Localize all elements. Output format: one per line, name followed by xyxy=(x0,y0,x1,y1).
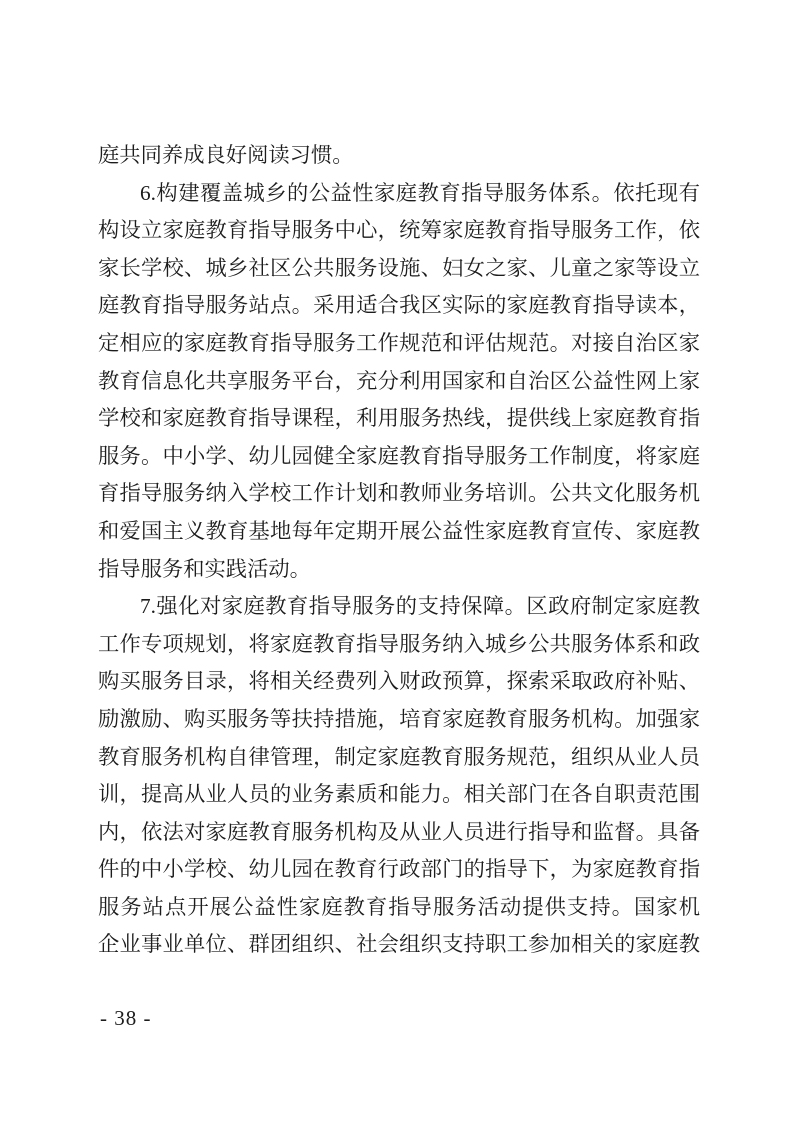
text-line: 工作专项规划，将家庭教育指导服务纳入城乡公共服务体系和政府 xyxy=(98,626,700,664)
text-line: 内，依法对家庭教育服务机构及从业人员进行指导和监督。具备条 xyxy=(98,814,700,852)
text-line: 励激励、购买服务等扶持措施，培育家庭教育服务机构。加强家庭 xyxy=(98,701,700,739)
text-line: 定相应的家庭教育指导服务工作规范和评估规范。对接自治区家庭 xyxy=(98,325,700,363)
document-page: 庭共同养成良好阅读习惯。6.构建覆盖城乡的公益性家庭教育指导服务体系。依托现有机… xyxy=(0,0,794,1122)
text-line: 购买服务目录，将相关经费列入财政预算，探索采取政府补贴、奖 xyxy=(98,663,700,701)
text-line: 7.强化对家庭教育指导服务的支持保障。区政府制定家庭教育 xyxy=(98,588,700,626)
text-line: 件的中小学校、幼儿园在教育行政部门的指导下，为家庭教育指导 xyxy=(98,851,700,889)
text-line: 和爱国主义教育基地每年定期开展公益性家庭教育宣传、家庭教育 xyxy=(98,513,700,551)
text-line: 服务。中小学、幼儿园健全家庭教育指导服务工作制度，将家庭教 xyxy=(98,438,700,476)
text-line: 教育信息化共享服务平台，充分利用国家和自治区公益性网上家长 xyxy=(98,363,700,401)
text-line: 指导服务和实践活动。 xyxy=(98,551,700,589)
text-line: 庭共同养成良好阅读习惯。 xyxy=(98,137,700,175)
text-line: 服务站点开展公益性家庭教育指导服务活动提供支持。国家机关、 xyxy=(98,889,700,927)
text-line: 构设立家庭教育指导服务中心，统筹家庭教育指导服务工作，依托 xyxy=(98,212,700,250)
text-line: 庭教育指导服务站点。采用适合我区实际的家庭教育指导读本，制 xyxy=(98,287,700,325)
text-line: 育指导服务纳入学校工作计划和教师业务培训。公共文化服务机构 xyxy=(98,475,700,513)
text-line: 训，提高从业人员的业务素质和能力。相关部门在各自职责范围 xyxy=(98,776,700,814)
text-line: 企业事业单位、群团组织、社会组织支持职工参加相关的家庭教育 xyxy=(98,926,700,964)
text-line: 学校和家庭教育指导课程，利用服务热线，提供线上家庭教育指导 xyxy=(98,400,700,438)
page-number: - 38 - xyxy=(100,1004,152,1032)
document-body: 庭共同养成良好阅读习惯。6.构建覆盖城乡的公益性家庭教育指导服务体系。依托现有机… xyxy=(98,137,700,964)
text-line: 6.构建覆盖城乡的公益性家庭教育指导服务体系。依托现有机 xyxy=(98,175,700,213)
text-line: 教育服务机构自律管理，制定家庭教育服务规范，组织从业人员培 xyxy=(98,739,700,777)
text-line: 家长学校、城乡社区公共服务设施、妇女之家、儿童之家等设立家 xyxy=(98,250,700,288)
